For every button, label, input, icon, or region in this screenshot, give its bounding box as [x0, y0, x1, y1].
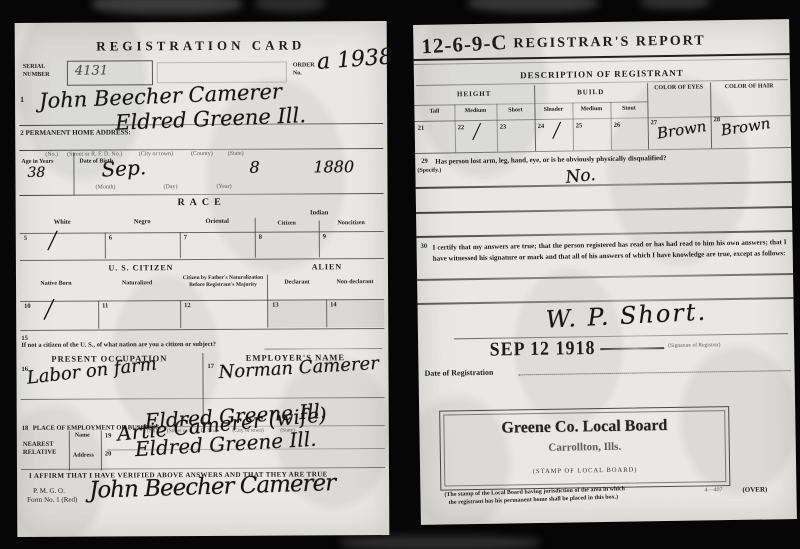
registrars-report-card: 12-6-9-C REGISTRAR'S REPORT DESCRIPTION … [413, 19, 797, 525]
divider [69, 431, 70, 471]
stamp-code: 12-6-9-C [421, 30, 508, 59]
local-board-stamp-box: Greene Co. Local Board Carrollton, Ills.… [439, 406, 730, 491]
question-2-number: 2 [20, 129, 24, 137]
date-line [519, 370, 791, 375]
race-indian-citizen-label: Citizen [255, 220, 319, 226]
naturalized-number: 11 [102, 302, 108, 309]
height-medium-label: Medium [454, 108, 496, 115]
divider [255, 218, 256, 258]
dob-month-value: Sep. [101, 155, 147, 182]
stout-label: Stout [610, 105, 647, 112]
question-29-specify-label: (Specify.) [417, 168, 441, 174]
native-born-label: Native Born [16, 281, 96, 287]
rule [416, 181, 792, 189]
race-white-number: 5 [24, 235, 27, 242]
question-29-text: Has person lost arm, leg, hand, eye, or … [435, 152, 785, 165]
slender-label: Slender [534, 106, 572, 113]
over-label: (OVER) [742, 485, 767, 493]
question-20-number: 20 [105, 450, 112, 457]
stout-number: 26 [614, 122, 621, 129]
question-30-text: I certify that my answers are true; that… [433, 237, 787, 264]
registration-card: REGISTRATION CARD SERIAL NUMBER 4131 ORD… [15, 21, 390, 537]
race-white-label: White [20, 219, 105, 226]
us-citizen-header: U. S. CITIZEN [16, 263, 266, 273]
question-15-text: If not a citizen of the U. S., of what n… [21, 341, 216, 349]
question-18-number: 18 [22, 425, 29, 432]
rule [264, 348, 382, 350]
tall-label: Tall [414, 108, 454, 115]
tall-number: 21 [418, 125, 425, 132]
signature-of-registrar-sublabel: (Signature of Registrar) [668, 342, 720, 349]
race-indian-label: Indian [255, 209, 384, 217]
question-19-number: 19 [105, 432, 112, 439]
divider [319, 220, 320, 257]
build-header: BUILD [534, 87, 647, 97]
race-number-row [20, 231, 384, 261]
naturalized-label: Naturalized [98, 280, 176, 286]
question-30-number: 30 [421, 243, 428, 250]
color-of-eyes-header: COLOR OF EYES [647, 84, 710, 93]
serial-number-value: 4131 [75, 63, 108, 78]
race-negro-label: Negro [105, 218, 180, 225]
divider [105, 233, 106, 259]
alien-shaded-cells [268, 299, 384, 328]
order-number-value: a 1938 [316, 44, 394, 75]
age-value: 38 [27, 165, 45, 181]
order-number-label: ORDER No. [293, 62, 319, 77]
native-born-number: 10 [24, 303, 31, 310]
scan-artifact [468, 0, 598, 12]
dob-day-value: 8 [249, 158, 259, 177]
race-oriental-number: 7 [184, 234, 187, 241]
short-number: 23 [500, 124, 507, 131]
race-negro-number: 6 [109, 234, 112, 241]
divider [180, 300, 181, 328]
color-of-hair-header: COLOR OF HAIR [710, 83, 788, 92]
nearest-relative-label: NEAREST RELATIVE [23, 441, 65, 458]
rule [600, 347, 664, 350]
serial-number-box: 4131 [67, 60, 153, 85]
short-label: Short [496, 107, 534, 114]
form-number-text: Form No. 1 (Red) [27, 496, 77, 504]
slender-number: 24 [538, 123, 545, 130]
dob-sublabels: (Month) (Day) (Year) [96, 184, 232, 191]
rule [417, 273, 793, 281]
alien-header: ALIEN [270, 262, 384, 272]
rule [416, 230, 792, 238]
declarant-label: Declarant [270, 279, 324, 285]
non-declarant-number: 14 [330, 301, 337, 308]
divider [73, 153, 74, 195]
relative-name-label: Name [75, 433, 90, 439]
build-medium-number: 25 [576, 122, 583, 129]
race-indian-noncitizen-label: Noncitizen [319, 220, 384, 226]
relative-address-label: Address [73, 453, 94, 459]
race-header: RACE [16, 196, 388, 209]
scan-artifact [92, 0, 242, 14]
print-code: 4—407 [704, 487, 722, 493]
citizen-by-father-label: Citizen by Father's Naturalization Befor… [180, 275, 266, 290]
home-address-label: 2 PERMANENT HOME ADDRESS: [20, 128, 131, 137]
citizen-by-father-number: 12 [184, 302, 191, 309]
registrars-report-title: REGISTRAR'S REPORT [513, 33, 705, 52]
question-17-number: 17 [207, 363, 214, 370]
form-org-text: P. M. G. O. [33, 487, 65, 495]
scan-artifact [340, 536, 540, 549]
hair-color-value: Brown [720, 114, 772, 139]
eyes-color-value: Brown [656, 117, 708, 142]
race-indian-noncitizen-number: 9 [323, 233, 326, 240]
scan-artifact [255, 0, 325, 12]
question-15-number: 15 [21, 335, 28, 342]
serial-number-label: SERIAL NUMBER [23, 64, 65, 79]
rule [416, 206, 792, 214]
date-of-registration-stamp: SEP 12 1918 [490, 337, 596, 362]
divider [98, 301, 99, 329]
non-declarant-label: Non-declarant [326, 279, 384, 285]
build-medium-label: Medium [572, 106, 610, 113]
height-medium-number: 22 [458, 124, 465, 131]
divider [180, 232, 181, 258]
divider [101, 431, 102, 471]
declarant-number: 13 [272, 302, 279, 309]
race-oriental-label: Oriental [180, 218, 255, 225]
race-indian-citizen-number: 8 [259, 234, 262, 241]
height-header: HEIGHT [414, 89, 534, 99]
registrar-signature: W. P. Short. [545, 298, 708, 334]
question-1-number: 1 [20, 95, 24, 104]
dob-year-value: 1880 [313, 157, 354, 176]
question-29-number: 29 [421, 158, 428, 165]
scan-artifact [640, 0, 710, 9]
date-of-registration-label: Date of Registration [424, 368, 493, 378]
scanned-draft-card: REGISTRATION CARD SERIAL NUMBER 4131 ORD… [0, 0, 800, 549]
